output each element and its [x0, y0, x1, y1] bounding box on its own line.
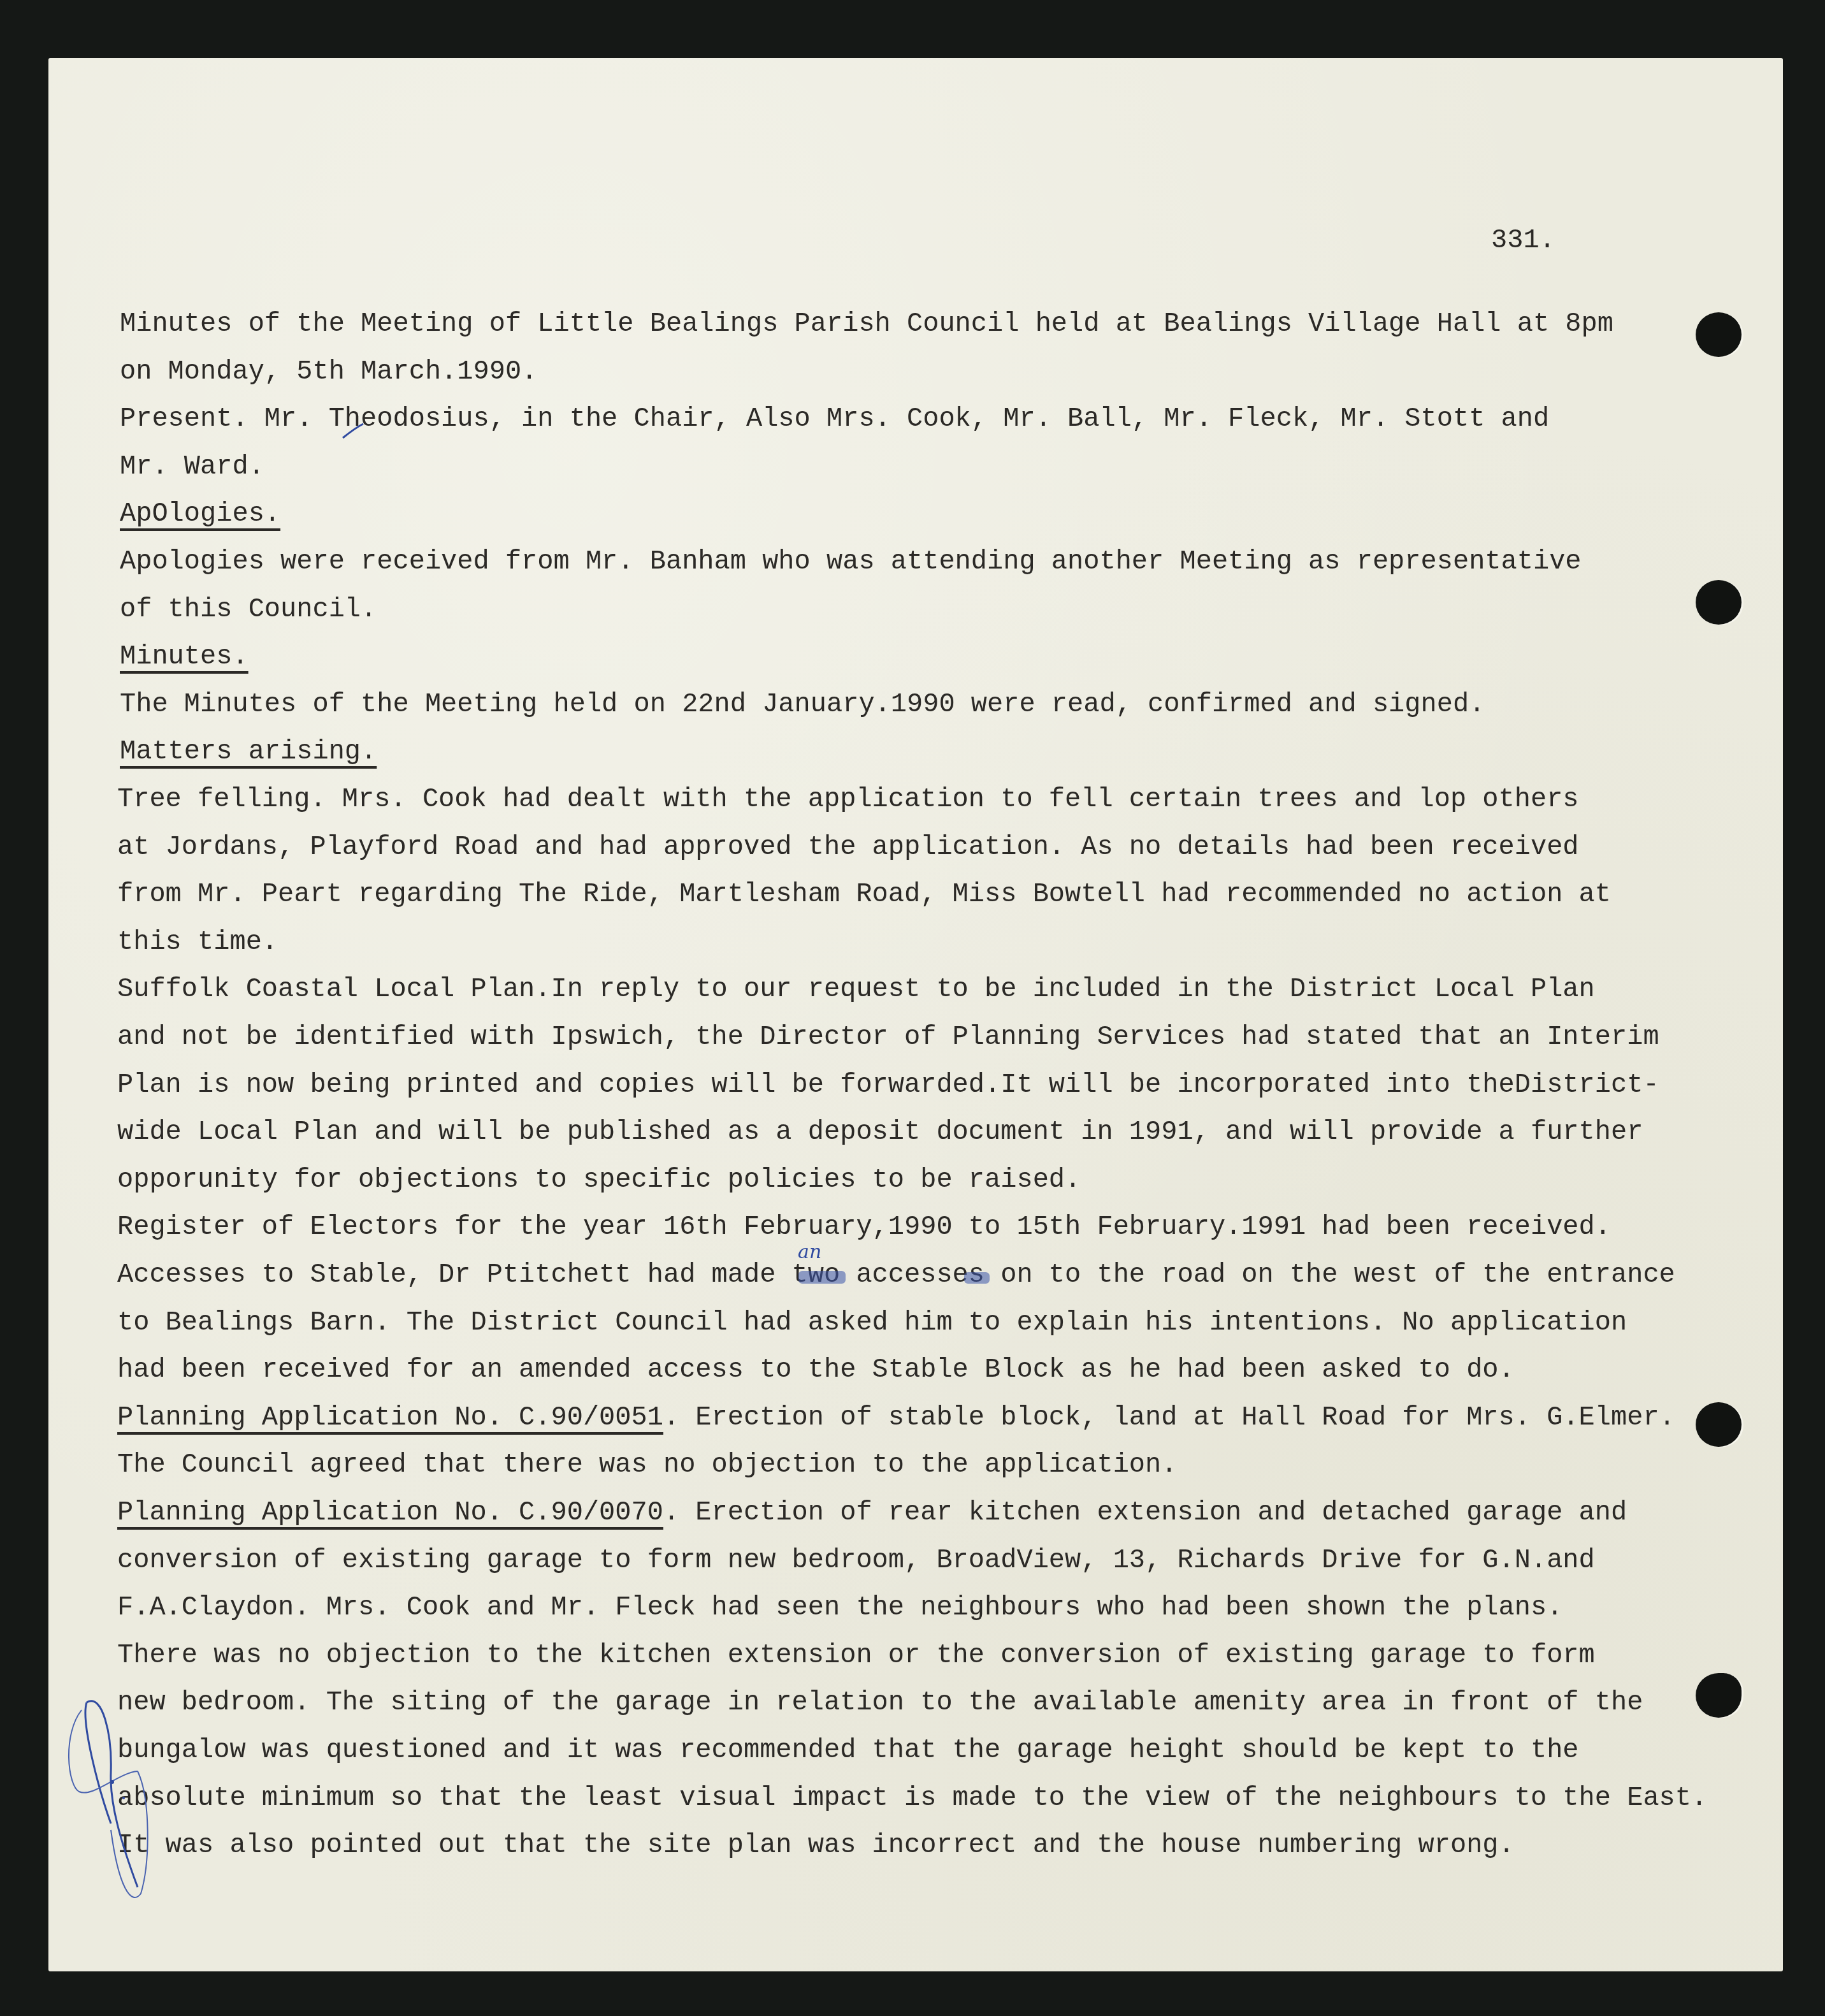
text-line: Accesses to Stable, Dr Ptitchett had mad… — [117, 1261, 1675, 1288]
text-line: on Monday, 5th March.1990. — [120, 358, 537, 385]
text-line: from Mr. Peart regarding The Ride, Martl… — [117, 881, 1611, 908]
text-line: The Council agreed that there was no obj… — [117, 1451, 1177, 1478]
strike-es — [964, 1272, 990, 1284]
text-line: Minutes of the Meeting of Little Bealing… — [120, 310, 1613, 337]
text-line: absolute minimum so that the least visua… — [117, 1785, 1707, 1811]
text-line: Suffolk Coastal Local Plan.In reply to o… — [117, 976, 1595, 1003]
text-line: to Bealings Barn. The District Council h… — [117, 1309, 1627, 1336]
text-line: There was no objection to the kitchen ex… — [117, 1642, 1595, 1669]
text-line: Planning Application No. C.90/0070. Erec… — [117, 1499, 1627, 1526]
text-line: this time. — [117, 929, 278, 955]
page-number: 331. — [1491, 225, 1555, 256]
text-line: Apologies were received from Mr. Banham … — [120, 548, 1582, 575]
text-line: Planning Application No. C.90/0051. Erec… — [117, 1404, 1675, 1431]
text-line: new bedroom. The siting of the garage in… — [117, 1689, 1643, 1716]
text-line: Present. Mr. Theodosius, in the Chair, A… — [120, 405, 1549, 432]
text-line: F.A.Claydon. Mrs. Cook and Mr. Fleck had… — [117, 1594, 1562, 1621]
section-heading: ApOlogies. — [120, 500, 280, 527]
text-line: had been received for an amended access … — [117, 1356, 1515, 1383]
text-line: wide Local Plan and will be published as… — [117, 1119, 1643, 1145]
punch-hole — [1696, 1673, 1742, 1718]
section-heading: Minutes. — [120, 643, 249, 670]
text-line: and not be identified with Ipswich, the … — [117, 1024, 1659, 1050]
pen-slash-mark — [340, 421, 366, 440]
planning-application-heading: Planning Application No. C.90/0070 — [117, 1497, 663, 1528]
text-line: Plan is now being printed and copies wil… — [117, 1071, 1659, 1098]
text-line: at Jordans, Playford Road and had approv… — [117, 834, 1579, 860]
text-line: Register of Electors for the year 16th F… — [117, 1214, 1611, 1240]
punch-hole — [1696, 312, 1742, 357]
planning-application-heading: Planning Application No. C.90/0051 — [117, 1402, 663, 1433]
text-line: Tree felling. Mrs. Cook had dealt with t… — [117, 786, 1579, 813]
planning-application-text: . Erection of stable block, land at Hall… — [663, 1402, 1675, 1433]
planning-application-text: . Erection of rear kitchen extension and… — [663, 1497, 1627, 1528]
document-page: 331. Minutes of the Meeting of Little Be… — [48, 58, 1783, 1971]
text-line: bungalow was questioned and it was recom… — [117, 1737, 1579, 1764]
strike-two — [798, 1271, 846, 1284]
punch-hole — [1696, 580, 1742, 625]
text-line: Mr. Ward. — [120, 453, 264, 480]
handwritten-correction: an — [798, 1241, 821, 1263]
text-line: conversion of existing garage to form ne… — [117, 1547, 1595, 1574]
heading-text: Matters arising. — [120, 736, 377, 767]
text-line: of this Council. — [120, 596, 377, 623]
text-line: It was also pointed out that the site pl… — [117, 1832, 1515, 1859]
heading-text: ApOlogies. — [120, 498, 280, 529]
punch-hole — [1696, 1402, 1742, 1447]
section-heading: Matters arising. — [120, 738, 377, 765]
text-line: The Minutes of the Meeting held on 22nd … — [120, 691, 1485, 718]
margin-initials-icon — [68, 1696, 150, 1900]
text-line: opporunity for objections to specific po… — [117, 1166, 1081, 1193]
heading-text: Minutes. — [120, 641, 249, 672]
